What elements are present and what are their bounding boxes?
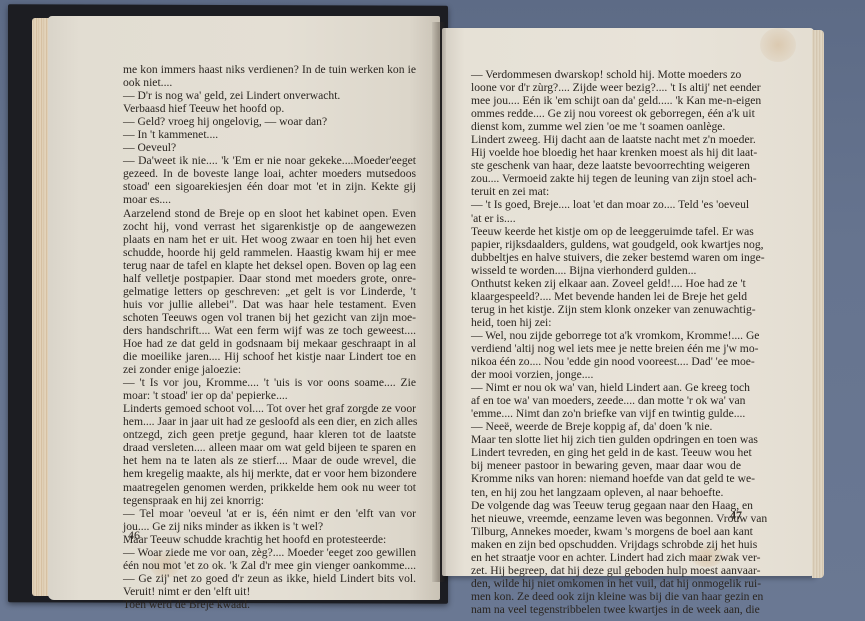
text-line: 'at er is.... (471, 212, 741, 225)
text-line: moar es.... (123, 193, 416, 206)
text-line: ommes redde.... Ge zij nou voreest ok ge… (471, 107, 741, 120)
book-gutter (432, 22, 446, 582)
text-line: half velletje postpapier. Daar stond met… (123, 272, 416, 285)
text-line: — D'r is nog wa' geld, zei Lindert onver… (123, 89, 416, 102)
text-line: terug naar de tafel en klapte het deksel… (123, 259, 416, 272)
text-line: hem kregelig maakte, als hij merkte, dat… (123, 467, 416, 480)
text-line: zet. Hij begreep, dat hij deze gul gebod… (471, 564, 741, 577)
text-line: het nieuwe, vreemde, eenzame leven was b… (471, 512, 741, 525)
text-line: ontzegd, zich geen pretje gegund, haar k… (123, 428, 416, 441)
text-line: Hij voelde hoe bloedig het haar krenken … (471, 146, 741, 159)
text-line: — In 't kammenet.... (123, 128, 416, 141)
text-line: Kromme niks van horen: niemand hoefde va… (471, 472, 741, 485)
text-line: — Geld? vroeg hij ongelovig, — woar dan? (123, 115, 416, 128)
text-line: der mooi vorzien, jonge.... (471, 368, 741, 381)
text-line: bij meneer pastoor in bewaring geven, ma… (471, 459, 741, 472)
text-line: heid, toen hij zei: (471, 316, 741, 329)
text-line: draad versleten.... alleen maar om wat g… (123, 441, 416, 454)
text-line: terug in het kistje. Zijn stem klonk onz… (471, 303, 741, 316)
text-line: — 't Is goed, Breje.... loat 'et dan moa… (471, 198, 741, 211)
text-line: ook niet.... (123, 76, 416, 89)
text-line: — Woar ziede me vor oan, zèg?.... Moeder… (123, 546, 416, 559)
text-line: ders handschrift.... Wat een ferm wijf w… (123, 324, 416, 337)
left-page-text: me kon immers haast niks verdienen? In d… (123, 63, 416, 611)
text-line: — Da'weet ik nie.... 'k 'Em er nie noar … (123, 154, 416, 167)
text-line: af en toe wa' van moeders, zeede.... dan… (471, 394, 741, 407)
text-line: Verbaasd hief Teeuw het hoofd op. (123, 102, 416, 115)
page-number-left: 46 (128, 528, 140, 543)
text-line: Maar ten slotte liet hij zich tien gulde… (471, 433, 741, 446)
text-line: me kon immers haast niks verdienen? In d… (123, 63, 416, 76)
text-line: — Tel moar 'oeveul 'at er is, één nimt e… (123, 507, 416, 520)
text-line: — Neeë, weerde de Breje koppig af, da' d… (471, 420, 741, 433)
text-line: maatregelen genomen werden, prikkelde he… (123, 481, 416, 494)
text-line: De volgende dag was Teeuw terug gegaan n… (471, 499, 741, 512)
text-line: stoad' een sigoarekiesjen één doar mot '… (123, 180, 416, 193)
text-line: zei zonder enige jaloezie: (123, 363, 416, 376)
text-line: — Oeveul? (123, 141, 416, 154)
text-line: wisseld te worden.... Bijna vierhonderd … (471, 264, 741, 277)
text-line: Veruit! nimt er den 'elft uit! (123, 585, 416, 598)
text-line: — 't Is vor jou, Kromme.... 't 'uis is v… (123, 376, 416, 389)
text-line: 'emme.... Nimt dan zo'n briefke van vijf… (471, 407, 741, 420)
text-line: huis vor jullie allebei". Dat was haar h… (123, 298, 416, 311)
text-line: verdiend 'altij nog wel iets mee je nett… (471, 342, 741, 355)
text-line: maken en zijn bed opschudden. Vrijdags s… (471, 538, 741, 551)
text-line: klaargespeeld?.... Met bevende handen le… (471, 290, 741, 303)
text-line: plaats en nam het er uit. Het woog zwaar… (123, 233, 416, 246)
text-line: ten, en hij zou het langzaam opleven, al… (471, 486, 741, 499)
text-line: — Wel, nou zijde geborrege tot a'k vromk… (471, 329, 741, 342)
text-line: Onthutst keken zij elkaar aan. Zoveel ge… (471, 277, 741, 290)
text-line: gelmatige letters op geschreven: „et gel… (123, 285, 416, 298)
text-line: dienst kom, zumme wel zien 'oe me 't soa… (471, 120, 741, 133)
text-line: — Nimt er nou ok wa' van, hield Lindert … (471, 381, 741, 394)
photo-scene: me kon immers haast niks verdienen? In d… (0, 0, 865, 621)
text-line: die moeilike jaren.... Hij schoof het ki… (123, 350, 416, 363)
text-line: jou.... Ge zij niks minder as ikken is '… (123, 520, 416, 533)
text-line: mee jou.... Eén ik 'em schijt oan da' ge… (471, 94, 741, 107)
text-line: men kon. Ze deed ook zijn kleine was bij… (471, 590, 741, 603)
text-line: schudde, hoorde hij geld rammelen. Haast… (123, 246, 416, 259)
text-line: teruit en zei mat: (471, 185, 741, 198)
text-line: ste geschenk van haar, deze laatste bevo… (471, 159, 741, 172)
text-line: Aarzelend stond de Breje op en sloot het… (123, 207, 416, 220)
text-line: zocht hij, vond verrast het sigarenkistj… (123, 220, 416, 233)
text-line: Maar Teeuw schudde krachtig het hoofd en… (123, 533, 416, 546)
text-line: tegenspraak en hij zei knorrig: (123, 494, 416, 507)
page-number-right: 47 (730, 508, 742, 523)
text-line: en het straatje voor en achter. Lindert … (471, 551, 741, 564)
text-line: nam na veel tegenstribbelen twee kwartje… (471, 603, 741, 616)
text-line: Tilburg, Annekes moeder, kwam 's morgens… (471, 525, 741, 538)
right-page-text: — Verdommesen dwarskop! schold hij. Mott… (471, 68, 741, 616)
text-line: — Ge zij' net zo goed d'r zeun as ikke, … (123, 572, 416, 585)
text-line: — Verdommesen dwarskop! schold hij. Mott… (471, 68, 741, 81)
text-line: Lindert tevreden, en ging het geld in de… (471, 446, 741, 459)
text-line: schoten Teeuws ogen vol tranen bij het g… (123, 311, 416, 324)
text-line: zou.... Vermoeid zakte hij tegen de leun… (471, 172, 741, 185)
text-line: Hoe had ze dat geld in godsnaam bij meka… (123, 337, 416, 350)
text-line: Linderts gemoed schoot vol.... Tot over … (123, 402, 416, 415)
text-line: Lindert zweeg. Hij dacht aan de laatste … (471, 133, 741, 146)
text-line: papier, rijksdaalders, guldens, wat goud… (471, 238, 741, 251)
text-line: Teeuw keerde het kistje om op de leegger… (471, 225, 741, 238)
text-line: dubbeltjes en halve stuivers, die zeker … (471, 251, 741, 264)
text-line: moar: 't stoad' ier op da' pepierke.... (123, 389, 416, 402)
page-block-edge-right (812, 30, 824, 578)
text-line: Toen werd de Breje kwaad. (123, 598, 416, 611)
text-line: hem.... Jaar in jaar uit had ze gesloofd… (123, 415, 416, 428)
text-line: één nou mot 'et zo ok. 'k Zal d'r mee gi… (123, 559, 416, 572)
paper-stain (760, 28, 796, 62)
text-line: den, wilde hij niet omkomen in het vuil,… (471, 577, 741, 590)
text-line: gezeed. In de boveste lange loai, achter… (123, 167, 416, 180)
text-line: loone vor d'r zùrg?.... Zijde weer bezig… (471, 81, 741, 94)
text-line: nikoa één zo.... Nou 'edde gin nood voor… (471, 355, 741, 368)
text-line: het hem na te laten als ze stierf.... Ma… (123, 454, 416, 467)
